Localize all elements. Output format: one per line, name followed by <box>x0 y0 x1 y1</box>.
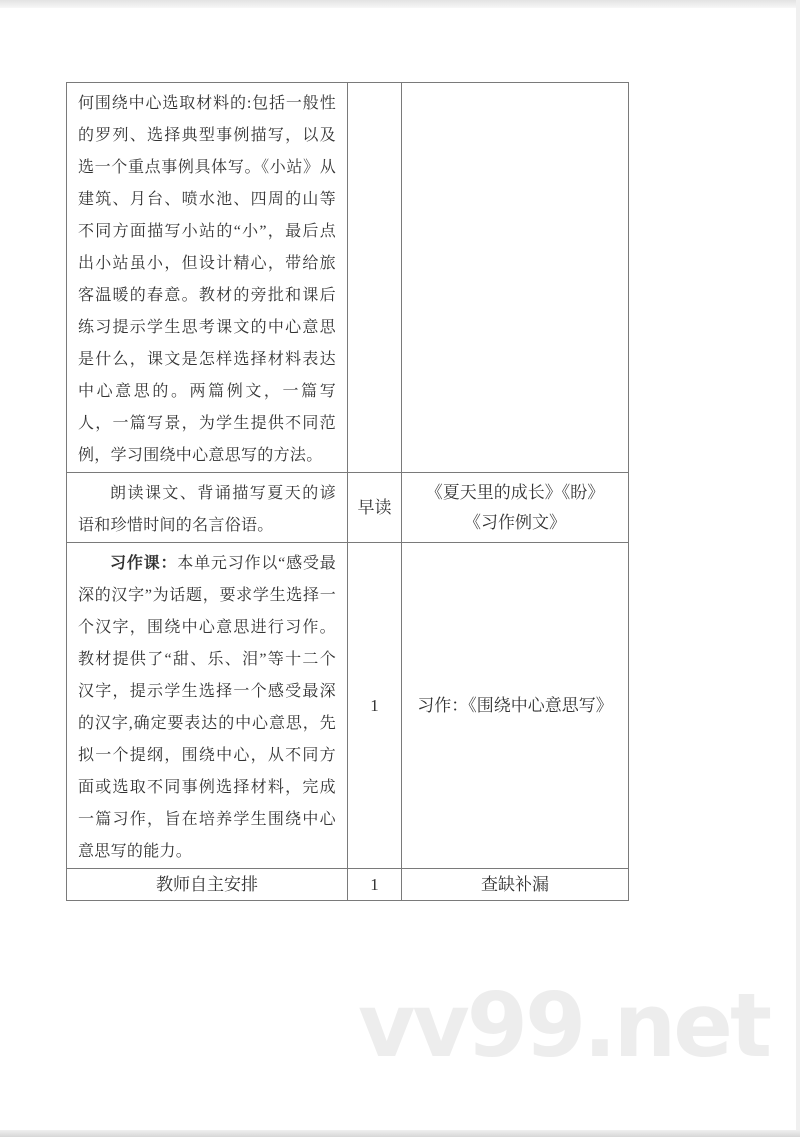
resource-cell-morning-reading: 《夏天里的成长》《盼》 《习作例文》 <box>402 473 629 543</box>
morning-reading-task-text: 朗读课文、背诵描写夏天的谚语和珍惜时间的名言俗语。 <box>78 478 336 542</box>
resource-cell-teacher: 查缺补漏 <box>402 869 629 901</box>
table-row: 习作课：本单元习作以“感受最深的汉字”为话题，要求学生选择一个汉字，围绕中心意思… <box>67 543 629 869</box>
writing-lesson-text: 本单元习作以“感受最深的汉字”为话题，要求学生选择一个汉字，围绕中心意思进行习作… <box>78 555 336 860</box>
unit-analysis-text: 何围绕中心选取材料的:包括一般性的罗列、选择典型事例描写，以及选一个重点事例具体… <box>78 95 336 464</box>
table-row: 何围绕中心选取材料的:包括一般性的罗列、选择典型事例描写，以及选一个重点事例具体… <box>67 83 629 473</box>
period-cell-writing: 1 <box>348 543 402 869</box>
resource-cell-writing: 习作：《围绕中心意思写》 <box>402 543 629 869</box>
lesson-plan-table: 何围绕中心选取材料的:包括一般性的罗列、选择典型事例描写，以及选一个重点事例具体… <box>66 82 629 901</box>
resource-line-2: 《习作例文》 <box>404 508 626 538</box>
viewer-right-edge <box>796 0 800 1137</box>
table-row: 教师自主安排 1 查缺补漏 <box>67 869 629 901</box>
writing-lesson-label: 习作课： <box>110 555 177 572</box>
table-row: 朗读课文、背诵描写夏天的谚语和珍惜时间的名言俗语。 早读 《夏天里的成长》《盼》… <box>67 473 629 543</box>
writing-lesson-cell: 习作课：本单元习作以“感受最深的汉字”为话题，要求学生选择一个汉字，围绕中心意思… <box>67 543 348 869</box>
watermark-text: vv99.net <box>358 982 769 1070</box>
period-cell-teacher: 1 <box>348 869 402 901</box>
period-cell-empty <box>348 83 402 473</box>
viewer-top-edge <box>0 0 800 8</box>
period-cell-morning-reading: 早读 <box>348 473 402 543</box>
teacher-arranged-cell: 教师自主安排 <box>67 869 348 901</box>
unit-analysis-cell: 何围绕中心选取材料的:包括一般性的罗列、选择典型事例描写，以及选一个重点事例具体… <box>67 83 348 473</box>
viewer-bottom-edge <box>0 1130 800 1137</box>
resource-cell-empty <box>402 83 629 473</box>
resource-line-1: 《夏天里的成长》《盼》 <box>404 478 626 508</box>
morning-reading-task-cell: 朗读课文、背诵描写夏天的谚语和珍惜时间的名言俗语。 <box>67 473 348 543</box>
document-page: { "page": { "background": "#ffffff", "to… <box>0 0 800 1137</box>
